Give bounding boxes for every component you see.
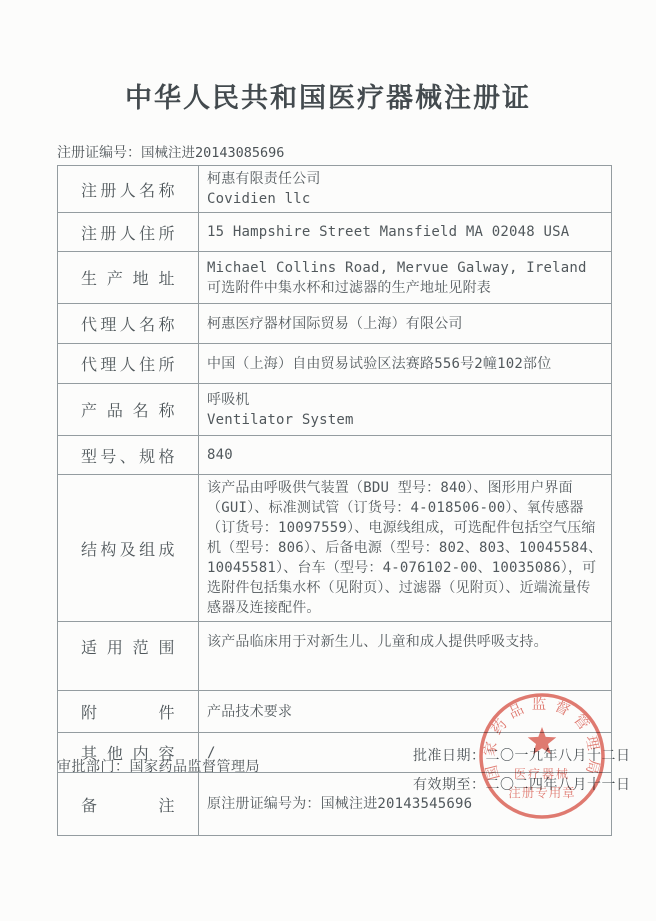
cert-table-body: 注册人名称 柯惠有限责任公司Covidien llc 注册人住所 15 Hamp… xyxy=(58,166,612,836)
row-value-line: Ventilator System xyxy=(207,410,603,430)
row-label: 注册人名称 xyxy=(81,178,175,201)
row-value-line: 中国（上海）自由贸易试验区法赛路556号2幢102部位 xyxy=(207,354,603,374)
row-value: 柯惠医疗器材国际贸易（上海）有限公司 xyxy=(199,304,612,344)
row-label: 型号、规格 xyxy=(81,444,175,467)
row-value-line: 15 Hampshire Street Mansfield MA 02048 U… xyxy=(207,222,603,242)
table-row: 注册人住所 15 Hampshire Street Mansfield MA 0… xyxy=(58,213,612,252)
table-row: 代理人住所 中国（上海）自由贸易试验区法赛路556号2幢102部位 xyxy=(58,344,612,384)
row-value: 15 Hampshire Street Mansfield MA 02048 U… xyxy=(199,213,612,252)
row-value-line: 该产品由呼吸供气装置（BDU 型号：840）、图形用户界面（GUI）、标准测试管… xyxy=(207,478,603,618)
row-value: 产品技术要求 xyxy=(199,691,612,733)
row-label: 结构及组成 xyxy=(81,537,175,560)
table-row: 生产地址 Michael Collins Road, Mervue Galway… xyxy=(58,252,612,304)
table-row: 结构及组成 该产品由呼吸供气装置（BDU 型号：840）、图形用户界面（GUI）… xyxy=(58,475,612,622)
row-label: 附件 xyxy=(81,700,175,723)
page-title: 中华人民共和国医疗器械注册证 xyxy=(0,76,656,115)
certificate-page: 中华人民共和国医疗器械注册证 注册证编号：国械注进20143085696 注册人… xyxy=(0,0,656,921)
cert-number-value: 国械注进20143085696 xyxy=(141,145,284,161)
table-row: 产品名称 呼吸机Ventilator System xyxy=(58,384,612,436)
dates-block: 批准日期：二〇一九年八月十二日 有效期至：二〇二四年八月十一日 xyxy=(413,742,631,800)
row-value-line: 产品技术要求 xyxy=(207,702,603,722)
cert-number-line: 注册证编号：国械注进20143085696 xyxy=(57,141,298,166)
row-value-line: Covidien llc xyxy=(207,189,603,209)
cert-number-label: 注册证编号： xyxy=(57,146,141,161)
table-row: 代理人名称 柯惠医疗器材国际贸易（上海）有限公司 xyxy=(58,304,612,344)
row-value-line: 840 xyxy=(207,445,603,465)
approval-date: 批准日期：二〇一九年八月十二日 xyxy=(413,742,631,771)
row-label: 备注 xyxy=(81,793,175,816)
table-row: 适用范围 该产品临床用于对新生儿、儿童和成人提供呼吸支持。 xyxy=(58,622,612,691)
row-value: Michael Collins Road, Mervue Galway, Ire… xyxy=(199,252,612,304)
certificate-table: 注册人名称 柯惠有限责任公司Covidien llc 注册人住所 15 Hamp… xyxy=(57,165,612,836)
row-value-line: 柯惠有限责任公司 xyxy=(207,169,603,189)
row-label: 代理人名称 xyxy=(81,312,175,335)
table-row: 注册人名称 柯惠有限责任公司Covidien llc xyxy=(58,166,612,213)
row-value-line: 柯惠医疗器材国际贸易（上海）有限公司 xyxy=(207,314,603,334)
row-value-line: 呼吸机 xyxy=(207,390,603,410)
table-row: 附件 产品技术要求 xyxy=(58,691,612,733)
row-label: 代理人住所 xyxy=(81,352,175,375)
row-label: 生产地址 xyxy=(81,266,175,289)
row-label: 适用范围 xyxy=(81,635,175,658)
row-label: 产品名称 xyxy=(81,398,175,421)
approval-department: 审批部门：国家药品监督管理局 xyxy=(57,756,260,776)
row-value: 呼吸机Ventilator System xyxy=(199,384,612,436)
row-label: 注册人住所 xyxy=(81,221,175,244)
row-value-line: 该产品临床用于对新生儿、儿童和成人提供呼吸支持。 xyxy=(207,632,603,652)
row-value: 该产品由呼吸供气装置（BDU 型号：840）、图形用户界面（GUI）、标准测试管… xyxy=(199,475,612,622)
table-row: 型号、规格 840 xyxy=(58,436,612,475)
valid-until-date: 有效期至：二〇二四年八月十一日 xyxy=(413,771,631,800)
row-value: 该产品临床用于对新生儿、儿童和成人提供呼吸支持。 xyxy=(199,622,612,691)
row-value: 柯惠有限责任公司Covidien llc xyxy=(199,166,612,213)
row-value-line: Michael Collins Road, Mervue Galway, Ire… xyxy=(207,258,603,298)
row-value: 中国（上海）自由贸易试验区法赛路556号2幢102部位 xyxy=(199,344,612,384)
row-value: 840 xyxy=(199,436,612,475)
